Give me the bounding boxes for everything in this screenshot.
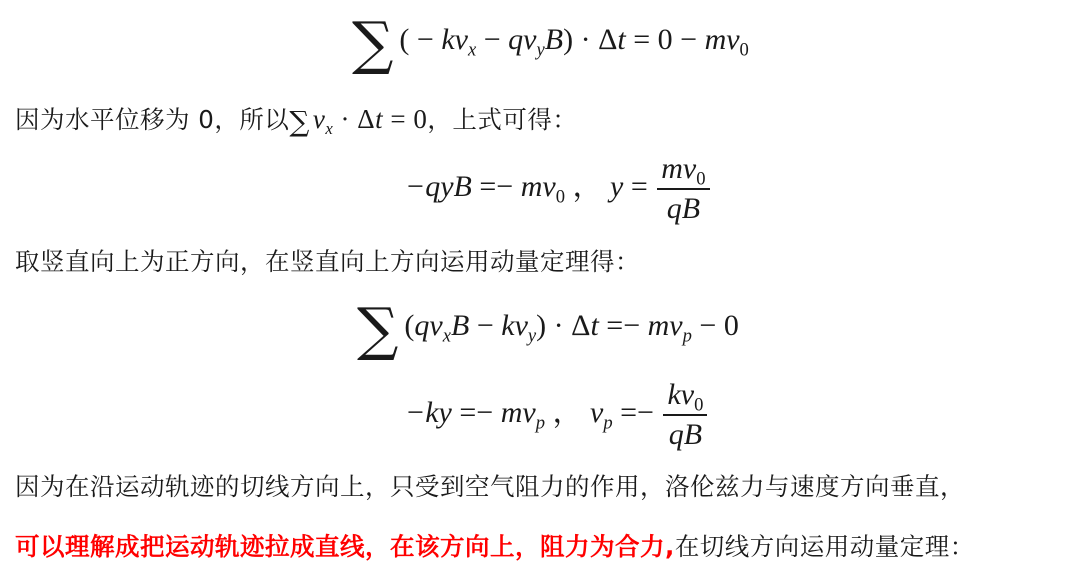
subscript: 0 (740, 40, 749, 61)
subscript: 0 (694, 395, 703, 416)
paren-close: ) (563, 23, 573, 56)
text: 在切线方向运用动量定理： (675, 532, 975, 561)
separator: ， (545, 396, 590, 429)
paragraph-line-4: 取竖直向上为正方向，在竖直向上方向运用动量定理得： (15, 242, 640, 282)
subscript: y (536, 40, 544, 61)
summation-symbol: ∑ (357, 295, 398, 363)
rhs: = 0 − (626, 23, 705, 56)
term-B: B (545, 23, 563, 56)
delta-symbol: Δ (571, 309, 590, 342)
term-kv: kv (667, 378, 694, 411)
highlighted-text: 可以理解成把运动轨迹拉成直线，在该方向上，阻力为合力, (15, 532, 675, 561)
equation-vp: −ky =− mvp ， vp =− kv0qB (405, 378, 709, 452)
summation-symbol: ∑ (289, 105, 310, 138)
term-mv: mv (661, 152, 696, 185)
numerator: kv0 (663, 378, 707, 416)
lhs: −ky (405, 396, 452, 429)
text: ，上式可得： (427, 105, 577, 134)
summation-symbol: ∑ (352, 9, 393, 77)
term-t: t (375, 104, 383, 134)
term-mv: mv (648, 309, 683, 342)
subscript: p (603, 412, 612, 433)
subscript: y (528, 326, 536, 347)
term-v: v (313, 104, 325, 134)
term-t: t (590, 309, 598, 342)
operator: · (573, 23, 598, 56)
fraction: kv0qB (663, 378, 707, 452)
subscript: 0 (556, 186, 565, 207)
denominator: qB (663, 416, 707, 452)
numerator: mv0 (657, 152, 709, 190)
subscript: 0 (696, 169, 705, 190)
equation-x-momentum: ∑( − kvx − qvyB) · Δt = 0 − mv0 (352, 14, 749, 72)
operator: =− (472, 170, 521, 203)
operator: − (476, 23, 508, 56)
term-v: v (590, 396, 603, 429)
delta-symbol: Δ (598, 23, 617, 56)
separator: ， (565, 170, 610, 203)
subscript: p (683, 326, 692, 347)
lhs: −qyB (405, 170, 472, 203)
subscript: p (536, 412, 545, 433)
term-mv: mv (501, 396, 536, 429)
paragraph-line-7: 可以理解成把运动轨迹拉成直线，在该方向上，阻力为合力,在切线方向运用动量定理： (15, 527, 975, 567)
paragraph-line-2: 因为水平位移为 0，所以∑vx · Δt = 0，上式可得： (15, 99, 577, 142)
term-qv: qv (508, 23, 536, 56)
operator: = (623, 170, 655, 203)
paren-close: ) (536, 309, 546, 342)
operator: − (469, 309, 501, 342)
term-kv: kv (501, 309, 528, 342)
fraction: mv0qB (657, 152, 709, 226)
term-qv: qv (414, 309, 442, 342)
operator: =− (613, 396, 662, 429)
denominator: qB (657, 190, 709, 226)
rhs: − 0 (692, 309, 739, 342)
term-mv: mv (705, 23, 740, 56)
paragraph-line-6: 因为在沿运动轨迹的切线方向上，只受到空气阻力的作用，洛伦兹力与速度方向垂直， (15, 467, 965, 507)
term-mv: mv (521, 170, 556, 203)
term-kv: kv (441, 23, 468, 56)
subscript: x (443, 326, 451, 347)
operator: =− (452, 396, 501, 429)
operator: · (546, 309, 571, 342)
term-t: t (617, 23, 625, 56)
term-y: y (610, 170, 623, 203)
rhs: = 0 (383, 104, 427, 134)
operator: =− (599, 309, 648, 342)
text: 因为水平位移为 0，所以 (15, 105, 289, 134)
operator: · Δ (333, 104, 375, 134)
equation-y-momentum: ∑(qvxB − kvy) · Δt =− mvp − 0 (357, 300, 739, 358)
subscript: x (468, 40, 476, 61)
paren-open: ( − (399, 23, 441, 56)
equation-y-displacement: −qyB =− mv0 ， y = mv0qB (405, 152, 712, 226)
term-B: B (451, 309, 469, 342)
paren-open: ( (404, 309, 414, 342)
